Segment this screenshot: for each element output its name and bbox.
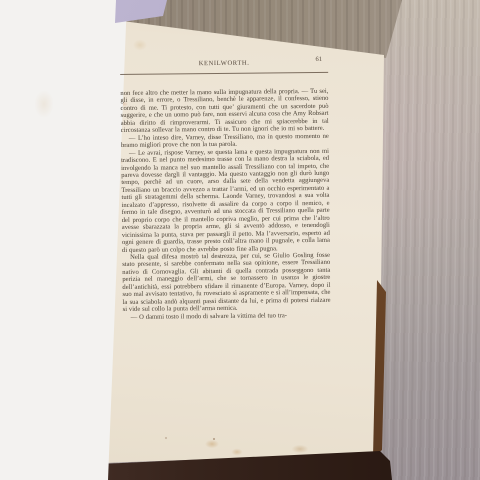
header-rule [120,72,328,75]
paragraph: Nella qual difesa mostrò tal destrezza, … [122,252,331,314]
paragraph: non fece altro che metter la mano sulla … [120,88,328,135]
page-content: KENILWORTH. 61 non fece altro che metter… [120,55,331,321]
page-number: 61 [315,55,322,65]
page-header: KENILWORTH. 61 [120,55,328,67]
paragraph: — Le avrai, rispose Varney, se questa la… [121,147,330,254]
page-text: non fece altro che metter la mano sulla … [120,88,330,321]
book-photo: KENILWORTH. 61 non fece altro che metter… [0,0,480,480]
running-title: KENILWORTH. [199,60,250,68]
